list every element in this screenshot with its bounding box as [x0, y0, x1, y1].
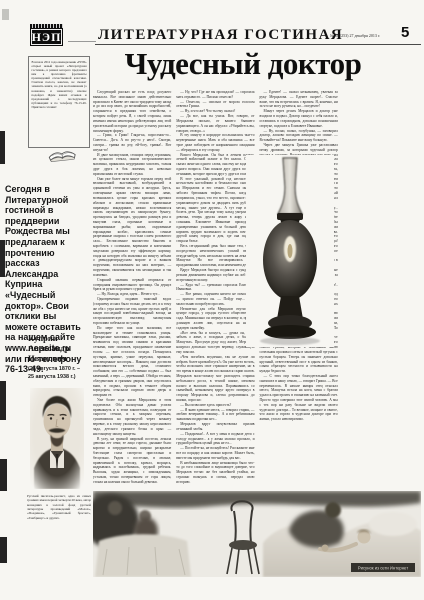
article-paragraph: Старший мальчик первый оторвался от созе…: [93, 278, 171, 292]
author-portrait-photo: [30, 388, 84, 489]
issue-info: № 50 (253) 27 декабря 2013 г.: [330, 33, 402, 38]
header-rule: [95, 44, 421, 45]
article-paragraph: В эту минуту в коридоре послышались чьи-…: [176, 133, 254, 152]
nep-logo-text: НЭП: [32, 30, 62, 45]
article-paragraph: Минут через десять Мерцалов и доктор уже…: [260, 109, 338, 128]
article-paragraph: И двое мальчуганов, стоящих перед огромн…: [93, 153, 171, 177]
article-paragraph: — Ну, что? Где же вы пропадали? — спроси…: [176, 90, 254, 100]
page-number: 5: [401, 24, 409, 41]
article-paragraph: — Едемте! — сказал незнакомец, увлекая з…: [260, 90, 338, 109]
section-title: ЛИТЕРАТУРНАЯ ГОСТИНАЯ: [98, 27, 338, 44]
article-paragraph: — Подарочки!.. А вот у меня в подвале де…: [176, 432, 254, 446]
author-dates: (26 августа 1870 г. – 25 августа 1938 г.…: [28, 366, 80, 381]
article-paragraph: В углу, на грязной широкой постели, лежа…: [93, 437, 171, 485]
article-paragraph: Следующий рассказ не есть плод досужего …: [93, 90, 171, 133]
author-bio: Русский писатель-реалист, одно из самых …: [27, 494, 91, 520]
article-paragraph: — С этих пор точно благодетельный ангел …: [260, 374, 338, 422]
article-paragraph: — Я знаю здешние места, — говорил старик…: [176, 408, 254, 422]
article-paragraph: Вдруг Мерцалов быстро поднялся с сундука…: [176, 268, 254, 282]
article-paragraph: Уже более года жили Мерцаловы в этом под…: [93, 398, 171, 437]
article-paragraph: В необыкновенном лице незнакомца было чт…: [176, 461, 254, 485]
author-name: Куприн Александр Иванович: [28, 333, 69, 363]
bedside-scene-illustration: Рисунок из сети Интернет: [93, 491, 421, 577]
article-paragraph: — Гриш, а Гриш! Гляди-ка, поросенок-то..…: [93, 133, 171, 152]
header-rule-short: [68, 41, 96, 42]
scan-edge-mark: [0, 131, 5, 164]
article-paragraph: — Ну, полно, полно, голубушка, — заговор…: [260, 129, 338, 143]
scan-edge-mark: [0, 381, 6, 420]
article-paragraph: Вошел Мерцалов. Он был в летнем пальто, …: [176, 153, 254, 177]
article-paragraph: В этот ужасный, роковой год несчастье за…: [176, 177, 254, 244]
article-paragraph: «Чем погибать медленно, так не лучше ли …: [176, 355, 254, 403]
article-paragraph: «Вот лечь бы и заснуть, — думал он, — и …: [176, 331, 254, 355]
illustration-caption: Рисунок из сети Интернет: [358, 566, 408, 571]
article-paragraph: — Да все, как ты учила. Вот, говорю, от …: [176, 114, 254, 133]
article-paragraph: Незаметно для себя Мерцалов очутился в ц…: [176, 307, 254, 331]
open-book-icon: [46, 145, 78, 163]
editorial-intro-box: В начале 2012 года еженедельник «НЭП» от…: [28, 56, 90, 148]
article-paragraph: — Куда ты? — тревожно спросила Елизавета…: [176, 283, 254, 293]
scan-edge-mark: [0, 537, 7, 563]
article-paragraph: — Отнесли, — сиплым от мороза голосом от…: [176, 100, 254, 110]
article-paragraph: Одновременно подавив тяжелый вздох (стар…: [93, 297, 171, 326]
scan-edge-mark: [0, 459, 7, 491]
article-paragraph: Они уже более пяти минут торчали перед э…: [93, 177, 171, 278]
nep-logo: НЭП: [30, 28, 63, 46]
article-paragraph: Мерцалов вдруг почувствовал прилив отчая…: [176, 422, 254, 432]
newspaper-page: { "header": { "logo_text": "НЭП", "secti…: [0, 0, 424, 600]
article-headline: Чудесный доктор: [93, 46, 393, 82]
article-paragraph: По мере того как шли мальчики, все малол…: [93, 326, 171, 398]
article-paragraph: — Все равно, сидением ничего не поможешь…: [176, 292, 254, 306]
article-paragraph: Весь сегодняшний день был занят тем, что…: [176, 244, 254, 268]
kerosene-lamp-illustration: [246, 155, 334, 347]
scan-smudge: [2, 9, 9, 20]
article-paragraph: — Постойте-ка, не волнуйтесь! Расскажите…: [176, 446, 254, 460]
